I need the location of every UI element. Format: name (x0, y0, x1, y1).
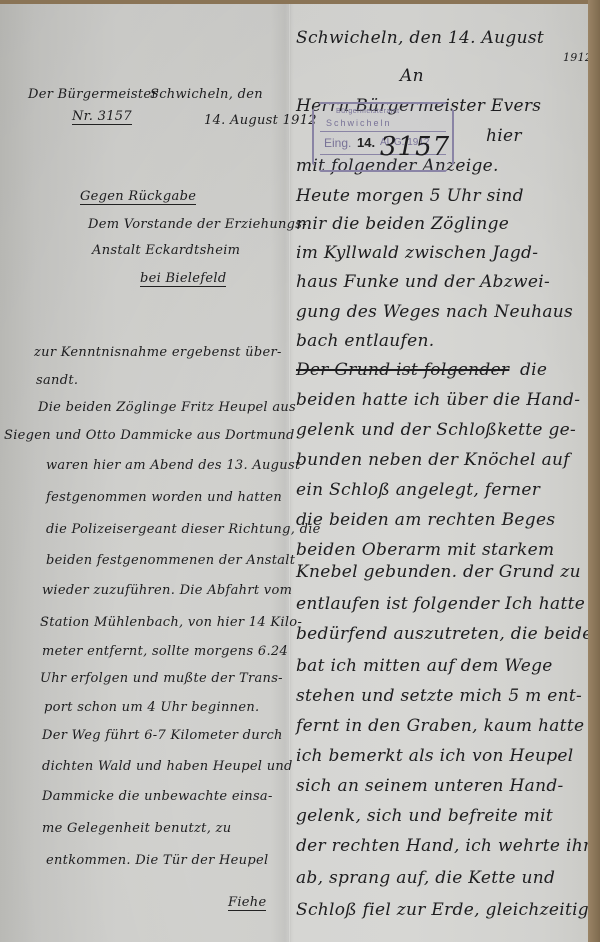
body-line: sandt. (36, 374, 78, 387)
body-line: Die beiden Zöglinge Fritz Heupel aus (38, 401, 296, 414)
stamp-label: Eing. (324, 136, 351, 150)
body-line: Heute morgen 5 Uhr sind (296, 188, 524, 205)
body-line: entkommen. Die Tür der Heupel (46, 854, 268, 867)
body-line: beiden festgenommenen der Anstalt (46, 554, 295, 567)
body-line: bunden neben der Knöchel auf (296, 452, 570, 469)
body-line: ab, sprang auf, die Kette und (296, 870, 555, 887)
body-line: gung des Weges nach Neuhaus (296, 304, 573, 321)
body-line: bat ich mitten auf dem Wege (296, 658, 553, 675)
body-line: beiden Oberarm mit starkem (296, 542, 554, 559)
salutation-hier: hier (486, 128, 522, 145)
body-line: bach entlaufen. (296, 333, 434, 350)
recipient-line-1: Dem Vorstande der Erziehungs- (88, 218, 307, 231)
body-line: haus Funke und der Abzwei- (296, 274, 550, 291)
document-page: Der Bürgermeister Nr. 3157 Schwicheln, d… (0, 4, 588, 942)
page-fold (288, 4, 291, 942)
body-line: Station Mühlenbach, von hier 14 Kilo- (40, 616, 302, 629)
body-line: meter entfernt, sollte morgens 6.24 (42, 645, 288, 658)
body-line: Dammicke die unbewachte einsa- (42, 790, 273, 803)
subject-line: Gegen Rückgabe (80, 190, 196, 205)
stamp-day: 14. (357, 135, 375, 150)
body-line: port schon um 4 Uhr beginnen. (44, 701, 259, 714)
recipient-line-3: bei Bielefeld (140, 272, 226, 287)
sender: Der Bürgermeister (28, 88, 158, 101)
body-line: Siegen und Otto Dammicke aus Dortmund (4, 429, 295, 442)
stamp-city: Schwicheln (326, 118, 392, 128)
signature: Fiehe (228, 896, 266, 911)
body-line: wieder zuzuführen. Die Abfahrt vom (42, 584, 292, 597)
body-line: die Polizeisergeant dieser Richtung, die (46, 523, 321, 536)
body-line: ein Schloß angelegt, ferner (296, 482, 540, 499)
body-line: Knebel gebunden. der Grund zu (296, 564, 581, 581)
reference-number: Nr. 3157 (72, 110, 132, 125)
body-line: sich an seinem unteren Hand- (296, 778, 564, 795)
body-line: zur Kenntnisnahme ergebenst über- (34, 346, 282, 359)
body-line: stehen und setzte mich 5 m ent- (296, 688, 582, 705)
recipient-line-2: Anstalt Eckardtsheim (92, 244, 240, 257)
body-line: me Gelegenheit benutzt, zu (42, 822, 231, 835)
body-line: die (520, 362, 547, 379)
body-line: der rechten Hand, ich wehrte ihn (296, 838, 594, 855)
body-line: im Kyllwald zwischen Jagd- (296, 245, 538, 262)
body-line: gelenk, sich und befreite mit (296, 808, 553, 825)
body-line: beiden hatte ich über die Hand- (296, 392, 580, 409)
body-line: Uhr erfolgen und mußte der Trans- (40, 672, 283, 685)
struck-text: Der Grund ist folgender (296, 362, 509, 379)
body-line: festgenommen worden und hatten (46, 491, 282, 504)
stamp-handwritten-number: 3157 (380, 132, 450, 162)
body-line: ich bemerkt als ich von Heupel (296, 748, 574, 765)
body-line: fernt in den Graben, kaum hatte (296, 718, 584, 735)
body-line: Der Weg führt 6-7 Kilometer durch (42, 729, 283, 742)
body-line: die beiden am rechten Beges (296, 512, 555, 529)
body-line: bedürfend auszutreten, die beiden (296, 626, 600, 643)
right-place-date: Schwicheln, den 14. August (296, 30, 544, 47)
salutation-an: An (400, 68, 424, 85)
body-line: dichten Wald und haben Heupel und (42, 760, 293, 773)
background-edge (588, 0, 600, 942)
body-line: entlaufen ist folgender Ich hatte (296, 596, 585, 613)
body-line: gelenk und der Schloßkette ge- (296, 422, 576, 439)
body-line: mir die beiden Zöglinge (296, 216, 509, 233)
left-place: Schwicheln, den (150, 88, 263, 101)
body-line: waren hier am Abend des 13. August (46, 459, 300, 472)
stamp-office: Bürgermeisteramt (336, 108, 400, 115)
body-line: Schloß fiel zur Erde, gleichzeitig (296, 902, 589, 919)
